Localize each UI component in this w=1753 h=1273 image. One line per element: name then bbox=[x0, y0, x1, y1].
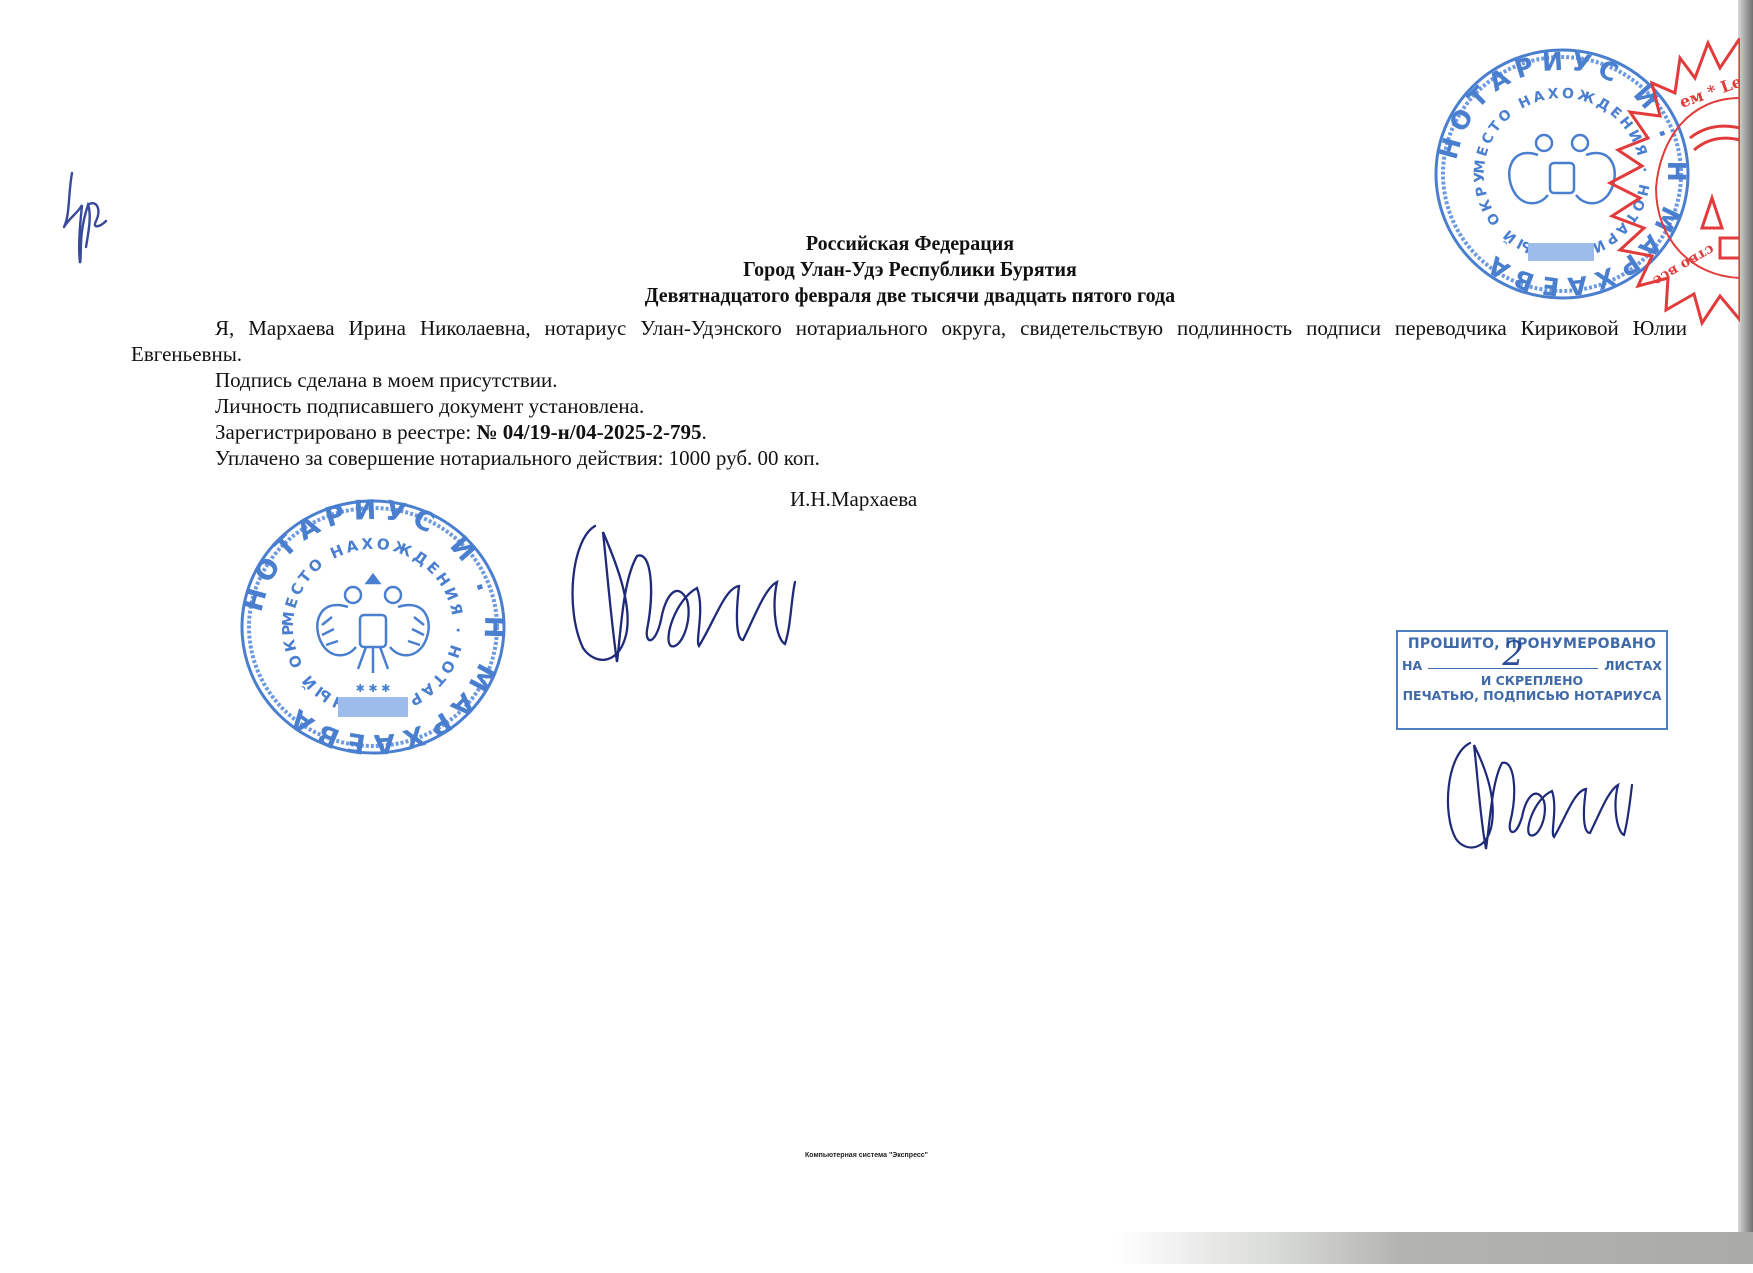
certification-text: Я, Мархаева Ирина Николаевна, нотариус У… bbox=[131, 315, 1687, 471]
registry-number: № 04/19-н/04-2025-2-795 bbox=[476, 420, 701, 444]
document-page: Российская Федерация Город Улан-Удэ Респ… bbox=[0, 0, 1753, 1273]
binding-line-4: ПЕЧАТЬЮ, ПОДПИСЬЮ НОТАРИУСА bbox=[1398, 688, 1666, 703]
binding-suffix: ЛИСТАХ bbox=[1604, 658, 1662, 673]
binding-stamp: ПРОШИТО, ПРОНУМЕРОВАНО НА 2 ЛИСТАХ И СКР… bbox=[1396, 630, 1668, 730]
binding-line-1: ПРОШИТО, ПРОНУМЕРОВАНО bbox=[1398, 636, 1666, 652]
footer-system-text: Компьютерная система "Экспресс" bbox=[805, 1152, 928, 1159]
notary-signature bbox=[565, 520, 805, 670]
fee-statement: Уплачено за совершение нотариального дей… bbox=[215, 445, 1687, 471]
svg-text:✱ ✱ ✱: ✱ ✱ ✱ bbox=[356, 682, 391, 695]
registry-statement: Зарегистрировано в реестре: № 04/19-н/04… bbox=[215, 419, 1687, 445]
header-city: Город Улан-Удэ Республики Бурятия bbox=[585, 256, 1236, 282]
binding-prefix: НА bbox=[1402, 658, 1422, 673]
registry-end: . bbox=[702, 420, 707, 444]
binding-line-3: И СКРЕПЛЕНО bbox=[1398, 673, 1666, 688]
agency-red-stamp: ем * Le ство все bbox=[1590, 38, 1740, 328]
notary-seal: НОТАРИУС И . Н МАРХАЕВА МЕСТО НАХОЖДЕНИЯ… bbox=[238, 497, 508, 757]
scan-edge-shadow-right bbox=[1738, 0, 1753, 1240]
binding-line-2: НА 2 ЛИСТАХ bbox=[1398, 658, 1666, 673]
identity-statement: Личность подписавшего документ установле… bbox=[215, 393, 1687, 419]
header-date: Девятнадцатого февраля две тысячи двадца… bbox=[585, 282, 1236, 308]
header-country: Российская Федерация bbox=[585, 230, 1236, 256]
sheets-count: 2 bbox=[1502, 634, 1524, 674]
presence-statement: Подпись сделана в моем присутствии. bbox=[215, 367, 1687, 393]
svg-text:ство все: ство все bbox=[1650, 241, 1717, 289]
notary-name: И.Н.Мархаева bbox=[790, 487, 917, 512]
registry-label: Зарегистрировано в реестре: bbox=[215, 420, 476, 444]
scan-edge-shadow-bottom bbox=[1115, 1232, 1753, 1264]
initials-signature bbox=[58, 165, 128, 270]
certification-paragraph: Я, Мархаева Ирина Николаевна, нотариус У… bbox=[131, 315, 1687, 367]
svg-text:ем * Le: ем * Le bbox=[1677, 72, 1740, 112]
sheets-field: 2 bbox=[1428, 658, 1598, 669]
document-header: Российская Федерация Город Улан-Удэ Респ… bbox=[585, 230, 1236, 308]
notary-signature-binding bbox=[1440, 735, 1640, 855]
